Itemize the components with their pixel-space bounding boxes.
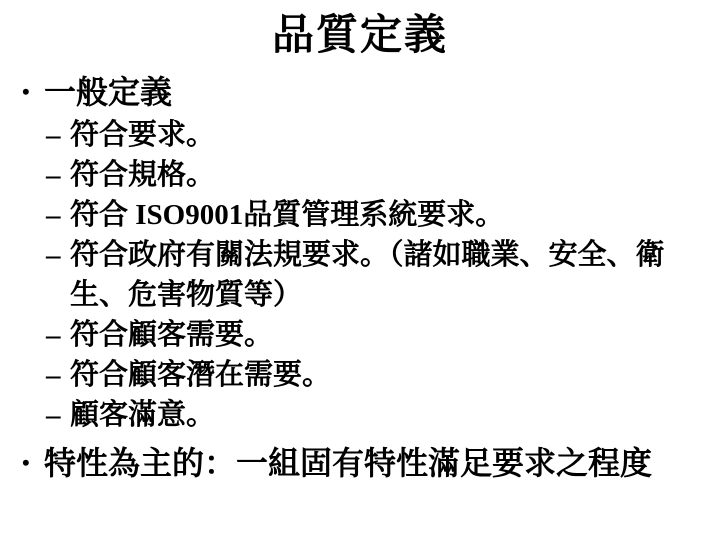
bullet-text: 特性為主的：一組固有特性滿足要求之程度 — [44, 445, 652, 482]
slide-body: • 一般定義 – 符合要求。 – 符合規格。 – 符合 ISO9001品質管理系… — [0, 60, 720, 482]
sub-bullet-text: 符合規格。 — [70, 155, 215, 195]
sub-bullet-item: – 符合政府有關法規要求。（諸如職業、安全、衛生、危害物質等） — [46, 235, 712, 315]
bullet-dot-icon: • — [22, 445, 44, 481]
sub-bullet-item: – 符合 ISO9001品質管理系統要求。 — [46, 195, 712, 235]
sub-bullet-text: 符合要求。 — [70, 115, 215, 155]
bullet-text: 一般定義 — [44, 74, 172, 111]
presentation-slide: 品質定義 • 一般定義 – 符合要求。 – 符合規格。 – 符合 ISO9001… — [0, 0, 720, 540]
dash-icon: – — [46, 355, 70, 395]
dash-icon: – — [46, 315, 70, 355]
bullet-item-general-definition: • 一般定義 — [22, 74, 712, 111]
sub-bullet-text: 符合 ISO9001品質管理系統要求。 — [70, 195, 504, 235]
sub-bullet-text: 顧客滿意。 — [70, 395, 215, 435]
sub-bullet-item: – 符合顧客需要。 — [46, 315, 712, 355]
sub-bullet-item: – 符合規格。 — [46, 155, 712, 195]
sub-bullet-item: – 符合顧客潛在需要。 — [46, 355, 712, 395]
dash-icon: – — [46, 235, 70, 275]
sub-bullet-list: – 符合要求。 – 符合規格。 – 符合 ISO9001品質管理系統要求。 – … — [46, 115, 712, 435]
dash-icon: – — [46, 395, 70, 435]
sub-bullet-item: – 符合要求。 — [46, 115, 712, 155]
bullet-item-characteristic-based: • 特性為主的：一組固有特性滿足要求之程度 — [22, 445, 712, 482]
bullet-dot-icon: • — [22, 74, 44, 110]
sub-bullet-text: 符合顧客潛在需要。 — [70, 355, 331, 395]
dash-icon: – — [46, 155, 70, 195]
sub-bullet-text: 符合政府有關法規要求。（諸如職業、安全、衛生、危害物質等） — [70, 235, 694, 315]
sub-bullet-item: – 顧客滿意。 — [46, 395, 712, 435]
dash-icon: – — [46, 115, 70, 155]
sub-bullet-text: 符合顧客需要。 — [70, 315, 273, 355]
slide-title: 品質定義 — [0, 0, 720, 60]
dash-icon: – — [46, 195, 70, 235]
